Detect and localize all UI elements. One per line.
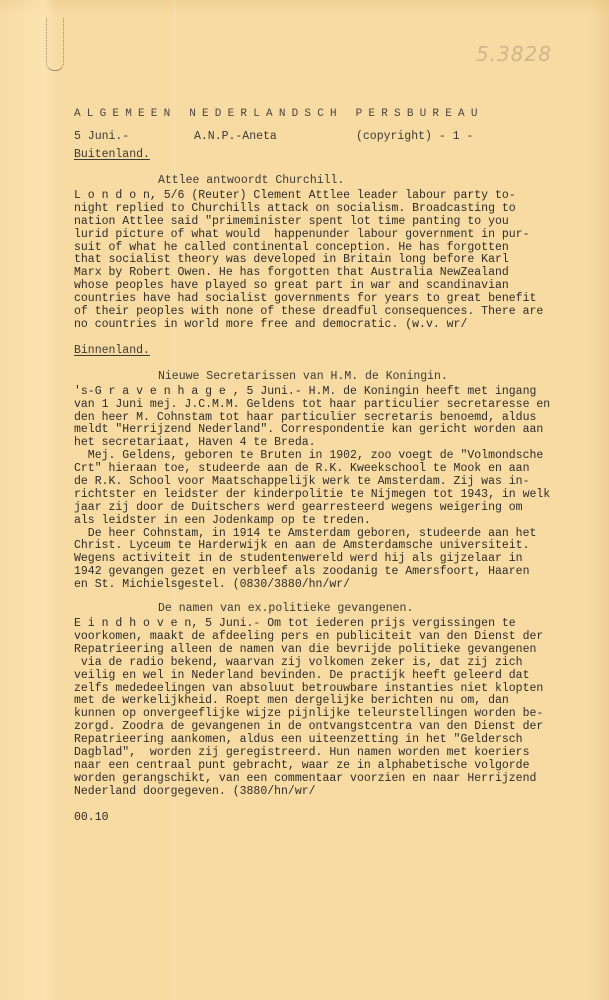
text-line: L o n d o n, 5/6 (Reuter) Clement Attlee…	[74, 190, 604, 203]
text-line: lurid picture of what would happenunder …	[74, 229, 604, 242]
masthead: ALGEMEEN NEDERLANDSCH PERSBUREAU	[74, 108, 604, 120]
bulletin-date: 5 Juni.-	[74, 130, 194, 148]
text-line: jaar zij door de Duitschers werd gearres…	[74, 502, 604, 515]
text-line: night replied to Churchills attack on so…	[74, 203, 604, 216]
text-line: 's-G r a v e n h a g e , 5 Juni.- H.M. d…	[74, 386, 604, 399]
text-line: no countries in world more free and demo…	[74, 319, 604, 332]
text-line: of their peoples with none of these drea…	[74, 306, 604, 319]
article-body: L o n d o n, 5/6 (Reuter) Clement Attlee…	[74, 190, 604, 332]
text-line: de R.K. School voor Maatschappelijk werk…	[74, 476, 604, 489]
text-line: nation Attlee said "primeminister spent …	[74, 216, 604, 229]
transmission-time-code: 00.10	[74, 811, 604, 824]
article-title: Attlee antwoordt Churchill.	[74, 174, 604, 190]
copyright-page-number: (copyright) - 1 -	[356, 130, 473, 148]
article-body: E i n d h o v e n, 5 Juni.- Om tot ieder…	[74, 618, 604, 798]
press-bulletin: ALGEMEEN NEDERLANDSCH PERSBUREAU 5 Juni.…	[74, 108, 604, 824]
text-line: richtster en leidster der kinderpolitie …	[74, 489, 604, 502]
text-line: als leidster in een Jodenkamp op te tred…	[74, 515, 604, 528]
text-line: Nederland doorgegeven. (3880/hn/wr/	[74, 786, 604, 799]
section-heading-buitenland: Buitenland.	[74, 148, 604, 166]
staple-hole-mark-icon	[46, 18, 64, 71]
header-row: 5 Juni.- A.N.P.-Aneta (copyright) - 1 -	[74, 130, 604, 148]
text-line: naar een centraal punt gebracht, waar ze…	[74, 760, 604, 773]
article-title: De namen van ex.politieke gevangenen.	[74, 602, 604, 618]
text-line: worden gerangschikt, van een commentaar …	[74, 773, 604, 786]
section-heading-binnenland: Binnenland.	[74, 344, 604, 362]
text-line: voorkomen, maakt de afdeeling pers en pu…	[74, 631, 604, 644]
archive-number: 5.3828	[476, 42, 552, 66]
text-line: en St. Michielsgestel. (0830/3880/hn/wr/	[74, 579, 604, 592]
text-line: van 1 Juni mej. J.C.M.M. Geldens tot haa…	[74, 399, 604, 412]
text-line: via de radio bekend, waarvan zij volkome…	[74, 657, 604, 670]
article-title: Nieuwe Secretarissen van H.M. de Koningi…	[74, 370, 604, 386]
text-line: Repatrieering alleen de namen van die be…	[74, 644, 604, 657]
text-line: veilig en wel in Nederland bevinden. De …	[74, 670, 604, 683]
text-line: E i n d h o v e n, 5 Juni.- Om tot ieder…	[74, 618, 604, 631]
text-line: Dagblad", worden zij geregistreerd. Hun …	[74, 747, 604, 760]
article-body: 's-G r a v e n h a g e , 5 Juni.- H.M. d…	[74, 386, 604, 592]
agency-name: A.N.P.-Aneta	[194, 130, 356, 148]
